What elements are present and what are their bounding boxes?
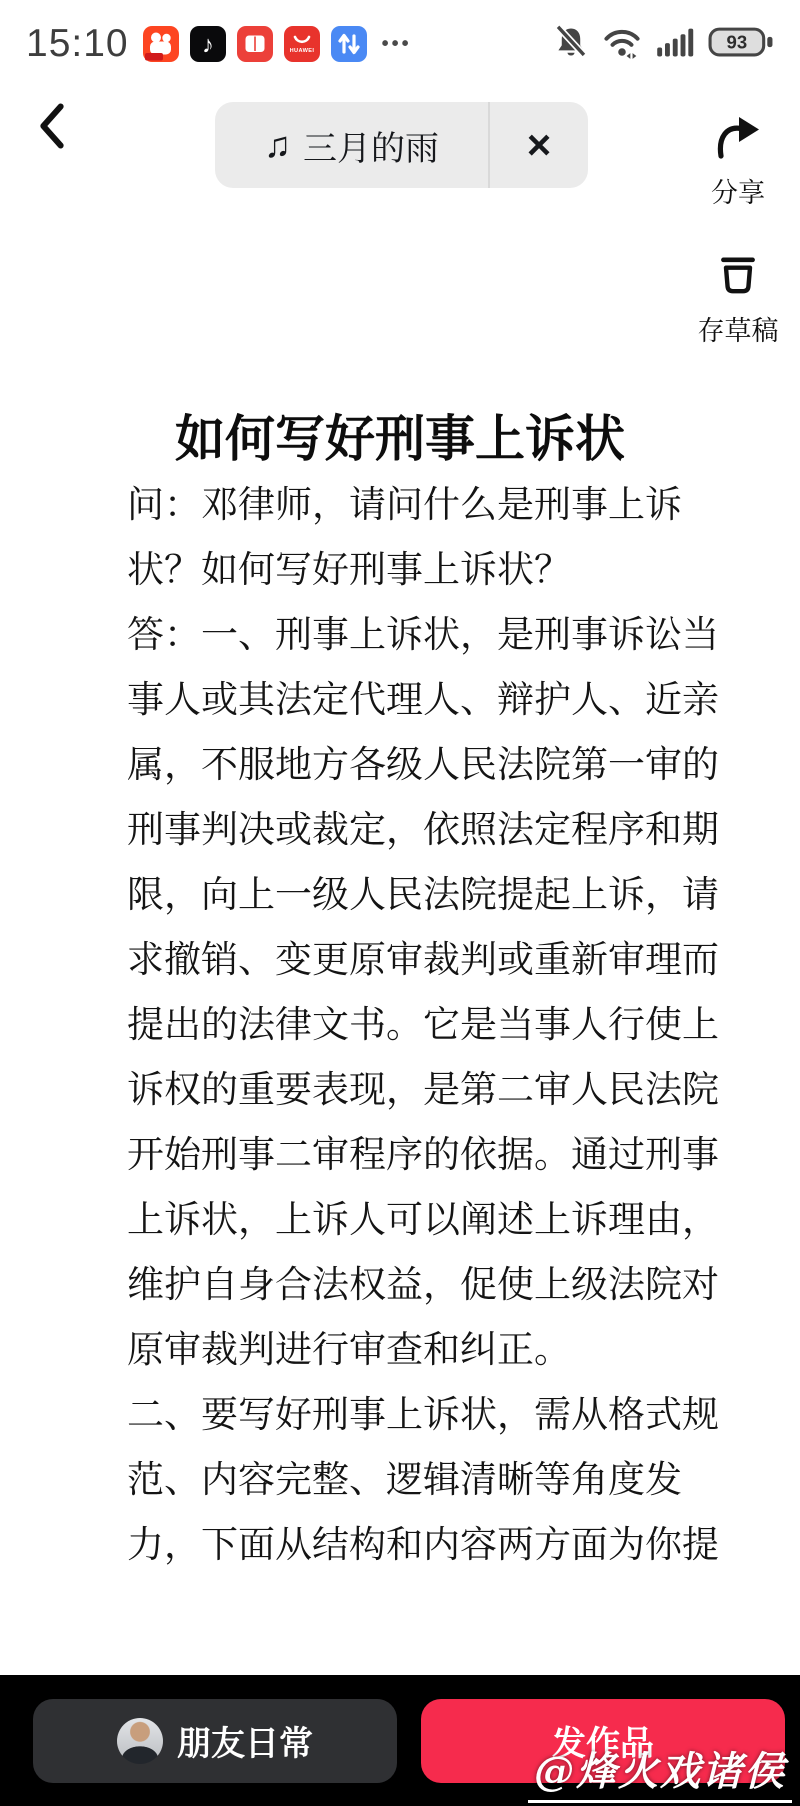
clock-time: 15:10 <box>26 22 129 66</box>
body-text-line: 刑事判决或裁定，依照法定程序和期 <box>127 797 719 862</box>
save-draft-control[interactable]: 存草稿 <box>688 252 788 348</box>
remove-music-button[interactable]: × <box>490 102 588 188</box>
back-chevron-icon <box>43 107 60 146</box>
user-avatar <box>117 1718 163 1764</box>
body-text-line: 原审裁判进行审查和纠正。 <box>127 1317 719 1382</box>
share-label: 分享 <box>688 171 788 210</box>
more-notifications-icon: ••• <box>382 33 412 56</box>
huawei-store-app-icon: HUAWEI <box>284 26 320 62</box>
signal-strength-icon <box>655 24 695 65</box>
wifi-icon <box>602 24 642 65</box>
battery-icon: 93 <box>708 24 774 65</box>
notification-app-icons: ♪ HUAWEI <box>143 26 412 62</box>
body-text-line: 状？如何写好刑事上诉状？ <box>127 537 719 602</box>
save-draft-label: 存草稿 <box>688 309 788 348</box>
body-text-line: 开始刑事二审程序的依据。通过刑事 <box>127 1122 719 1187</box>
notifications-muted-icon <box>553 24 589 65</box>
body-text-line: 二、要写好刑事上诉状，需从格式规 <box>127 1382 719 1447</box>
body-text-line: 范、内容完整、逻辑清晰等角度发 <box>127 1447 719 1512</box>
creator-watermark: @烽火戏诸侯 <box>528 1740 792 1803</box>
friends-daily-button[interactable]: 朋友日常 <box>33 1699 397 1783</box>
selected-music[interactable]: ♫ 三月的雨 <box>215 102 488 188</box>
body-text-line: 求撤销、变更原审裁判或重新审理而 <box>127 927 719 992</box>
status-bar: 15:10 ♪ <box>0 16 800 72</box>
body-text-line: 提出的法律文书。它是当事人行使上 <box>127 992 719 1057</box>
svg-text:HUAWEI: HUAWEI <box>289 48 314 54</box>
save-draft-icon <box>714 252 762 300</box>
phone-clone-app-icon <box>331 26 367 62</box>
body-text-line: 上诉状，上诉人可以阐述上诉理由， <box>127 1187 719 1252</box>
share-control[interactable]: 分享 <box>688 112 788 210</box>
body-text-line: 事人或其法定代理人、辩护人、近亲 <box>127 667 719 732</box>
battery-percent: 93 <box>727 31 748 52</box>
body-text-line: 力，下面从结构和内容两方面为你提 <box>127 1512 719 1577</box>
reading-app-icon <box>237 26 273 62</box>
friends-daily-label: 朋友日常 <box>177 1716 313 1765</box>
body-text-line: 属，不服地方各级人民法院第一审的 <box>127 732 719 797</box>
article-body[interactable]: 问：邓律师，请问什么是刑事上诉状？如何写好刑事上诉状？答：一、刑事上诉状，是刑事… <box>127 472 719 1577</box>
status-indicators: 93 <box>553 24 774 65</box>
body-text-line: 答：一、刑事上诉状，是刑事诉讼当 <box>127 602 719 667</box>
douyin-publish-screen: 15:10 ♪ <box>0 0 800 1806</box>
share-arrow-icon <box>712 112 764 162</box>
body-text-line: 问：邓律师，请问什么是刑事上诉 <box>127 472 719 537</box>
kuaishou-app-icon <box>143 26 179 62</box>
douyin-app-icon: ♪ <box>190 26 226 62</box>
body-text-line: 诉权的重要表现，是第二审人民法院 <box>127 1057 719 1122</box>
back-button[interactable] <box>32 100 72 152</box>
body-text-line: 限，向上一级人民法院提起上诉，请 <box>127 862 719 927</box>
svg-text:♪: ♪ <box>202 32 214 59</box>
music-title: 三月的雨 <box>303 121 439 170</box>
music-note-icon: ♫ <box>264 127 291 163</box>
article-title[interactable]: 如何写好刑事上诉状 <box>0 406 800 472</box>
body-text-line: 维护自身合法权益，促使上级法院对 <box>127 1252 719 1317</box>
music-tag-pill: ♫ 三月的雨 × <box>215 102 588 188</box>
